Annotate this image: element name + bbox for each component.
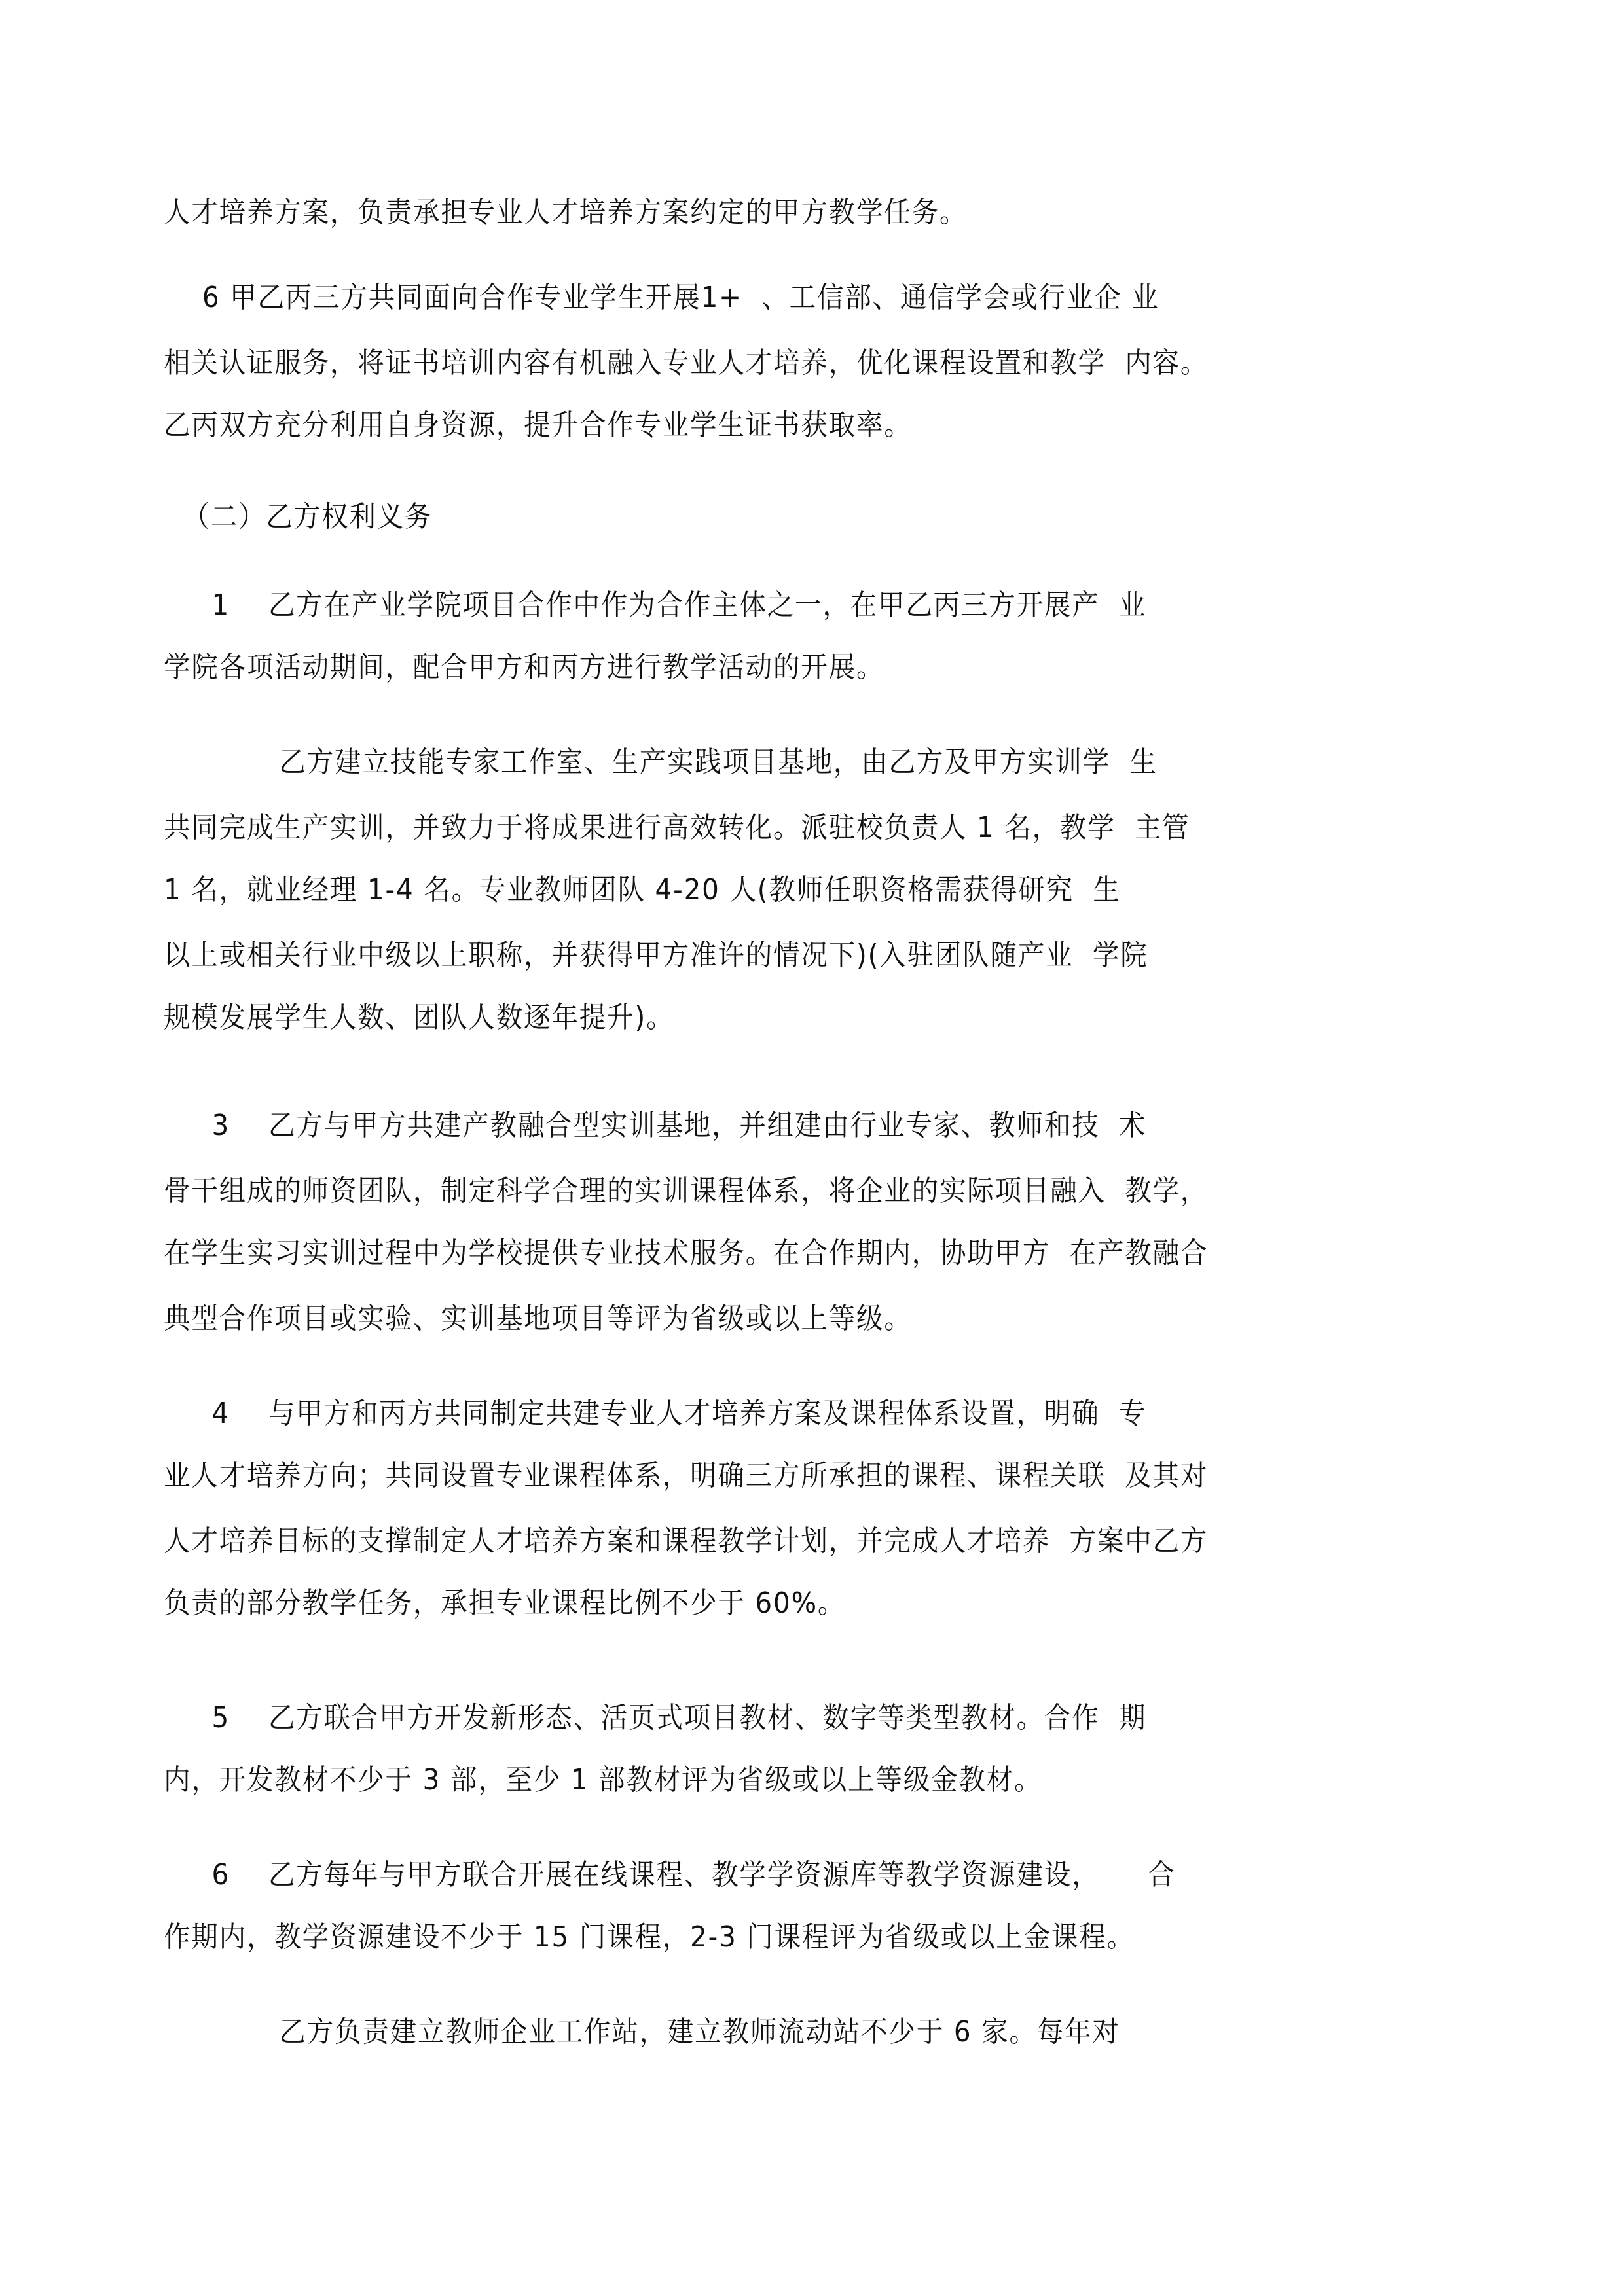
section-heading: （二）乙方权利义务 (164, 497, 432, 537)
document-page: 人才培养方案，负责承担专业人才培养方案约定的甲方教学任务。 6 甲乙丙三方共同面… (0, 0, 1623, 2296)
body-text-line: 典型合作项目或实验、实训基地项目等评为省级或以上等级。 (164, 1299, 912, 1338)
body-text-line: 乙丙双方充分利用自身资源，提升合作专业学生证书获取率。 (164, 406, 912, 445)
paragraph-item-4-line-1: 4 与甲方和丙方共同制定共建专业人才培养方案及课程体系设置，明确 专 (164, 1394, 1146, 1433)
paragraph-item-2-line-1: 乙方建立技能专家工作室、生产实践项目基地，由乙方及甲方实训学 生 (164, 743, 1158, 782)
body-text-line: 共同完成生产实训，并致力于将成果进行高效转化。派驻校负责人 1 名，教学 主管 (164, 808, 1190, 848)
paragraph-item-6-line-1: 6 甲乙丙三方共同面向合作专业学生开展1+ 、工信部、通信学会或行业企 业 (164, 278, 1159, 317)
paragraph-item-3-line-1: 3 乙方与甲方共建产教融合型实训基地，并组建由行业专家、教师和技 术 (164, 1106, 1146, 1145)
body-text-line: 业人才培养方向；共同设置专业课程体系，明确三方所承担的课程、课程关联 及其对 (164, 1456, 1208, 1496)
body-text-line: 骨干组成的师资团队，制定科学合理的实训课程体系，将企业的实际项目融入 教学， (164, 1172, 1208, 1211)
body-text-line: 内，开发教材不少于 3 部，至少 1 部教材评为省级或以上等级金教材。 (164, 1761, 1042, 1800)
body-text-line: 以上或相关行业中级以上职称，并获得甲方准许的情况下)(入驻团队随产业 学院 (164, 936, 1148, 975)
body-text-line: 人才培养目标的支撑制定人才培养方案和课程教学计划，并完成人才培养 方案中乙方 (164, 1522, 1208, 1561)
paragraph-item-1-line-1: 1 乙方在产业学院项目合作中作为合作主体之一，在甲乙丙三方开展产 业 (164, 586, 1146, 625)
paragraph-item-7-line-1: 乙方负责建立教师企业工作站，建立教师流动站不少于 6 家。每年对 (164, 2013, 1120, 2052)
body-text-line: 人才培养方案，负责承担专业人才培养方案约定的甲方教学任务。 (164, 193, 967, 232)
paragraph-item-5-line-1: 5 乙方联合甲方开发新形态、活页式项目教材、数字等类型教材。合作 期 (164, 1698, 1146, 1738)
paragraph-item-6b-line-1: 6 乙方每年与甲方联合开展在线课程、教学学资源库等教学资源建设， 合 (164, 1856, 1175, 1895)
body-text-line: 1 名，就业经理 1-4 名。专业教师团队 4-20 人(教师任职资格需获得研究… (164, 870, 1121, 910)
body-text-line: 作期内，教学资源建设不少于 15 门课程，2-3 门课程评为省级或以上金课程。 (164, 1918, 1135, 1957)
body-text-line: 相关认证服务，将证书培训内容有机融入专业人才培养，优化课程设置和教学 内容。 (164, 344, 1208, 383)
body-text-line: 规模发展学生人数、团队人数逐年提升)。 (164, 998, 674, 1037)
body-text-line: 学院各项活动期间，配合甲方和丙方进行教学活动的开展。 (164, 648, 884, 687)
body-text-line: 负责的部分教学任务，承担专业课程比例不少于 60%。 (164, 1584, 845, 1623)
body-text-line: 在学生实习实训过程中为学校提供专业技术服务。在合作期内，协助甲方 在产教融合 (164, 1234, 1208, 1273)
